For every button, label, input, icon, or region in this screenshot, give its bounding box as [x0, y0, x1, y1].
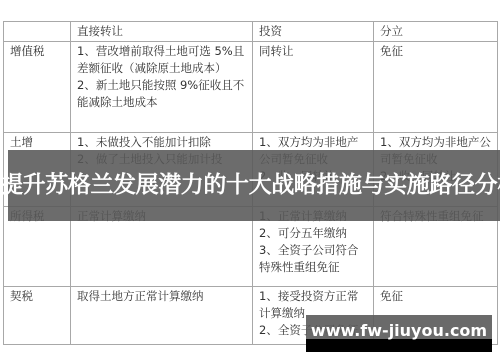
cell-line: 同转让: [259, 43, 368, 60]
tax-name-cell: 增值税: [4, 42, 71, 133]
banner-title: 提升苏格兰发展潜力的十大战略措施与实施路径分析: [0, 168, 500, 202]
watermark-text: www.fw-jiuyou.com: [306, 320, 492, 342]
cell-line: 免征: [380, 43, 492, 60]
watermark: www.fw-jiuyou.com: [306, 315, 492, 352]
direct-transfer-cell: 1、营改增前取得土地可选 5%且差额征收（减除原土地成本） 2、新土地只能按照 …: [71, 42, 253, 133]
cell-line: 1、营改增前取得土地可选 5%且差额征收（减除原土地成本）: [77, 43, 247, 77]
cell-line: 取得土地方正常计算缴纳: [77, 288, 247, 305]
investment-cell: 同转让: [253, 42, 374, 133]
cell-line: 3、全资子公司符合特殊性重组免征: [259, 242, 368, 276]
cell-line: 1、未做投入不能加计扣除: [77, 134, 247, 151]
direct-transfer-cell: 取得土地方正常计算缴纳: [71, 287, 253, 345]
table-header-row: 直接转让 投资 分立: [4, 22, 498, 42]
cell-line: 2、可分五年缴纳: [259, 225, 368, 242]
header-cell-investment: 投资: [253, 22, 374, 42]
table-row-vat: 增值税 1、营改增前取得土地可选 5%且差额征收（减除原土地成本） 2、新土地只…: [4, 42, 498, 133]
tax-name-cell: 契税: [4, 287, 71, 345]
header-cell-split: 分立: [374, 22, 498, 42]
split-cell: 免征: [374, 42, 498, 133]
header-cell-direct-transfer: 直接转让: [71, 22, 253, 42]
cell-line: 2、新土地只能按照 9%征收且不能减除土地成本: [77, 77, 247, 111]
cell-line: 免征: [380, 288, 492, 305]
header-cell-empty: [4, 22, 71, 42]
